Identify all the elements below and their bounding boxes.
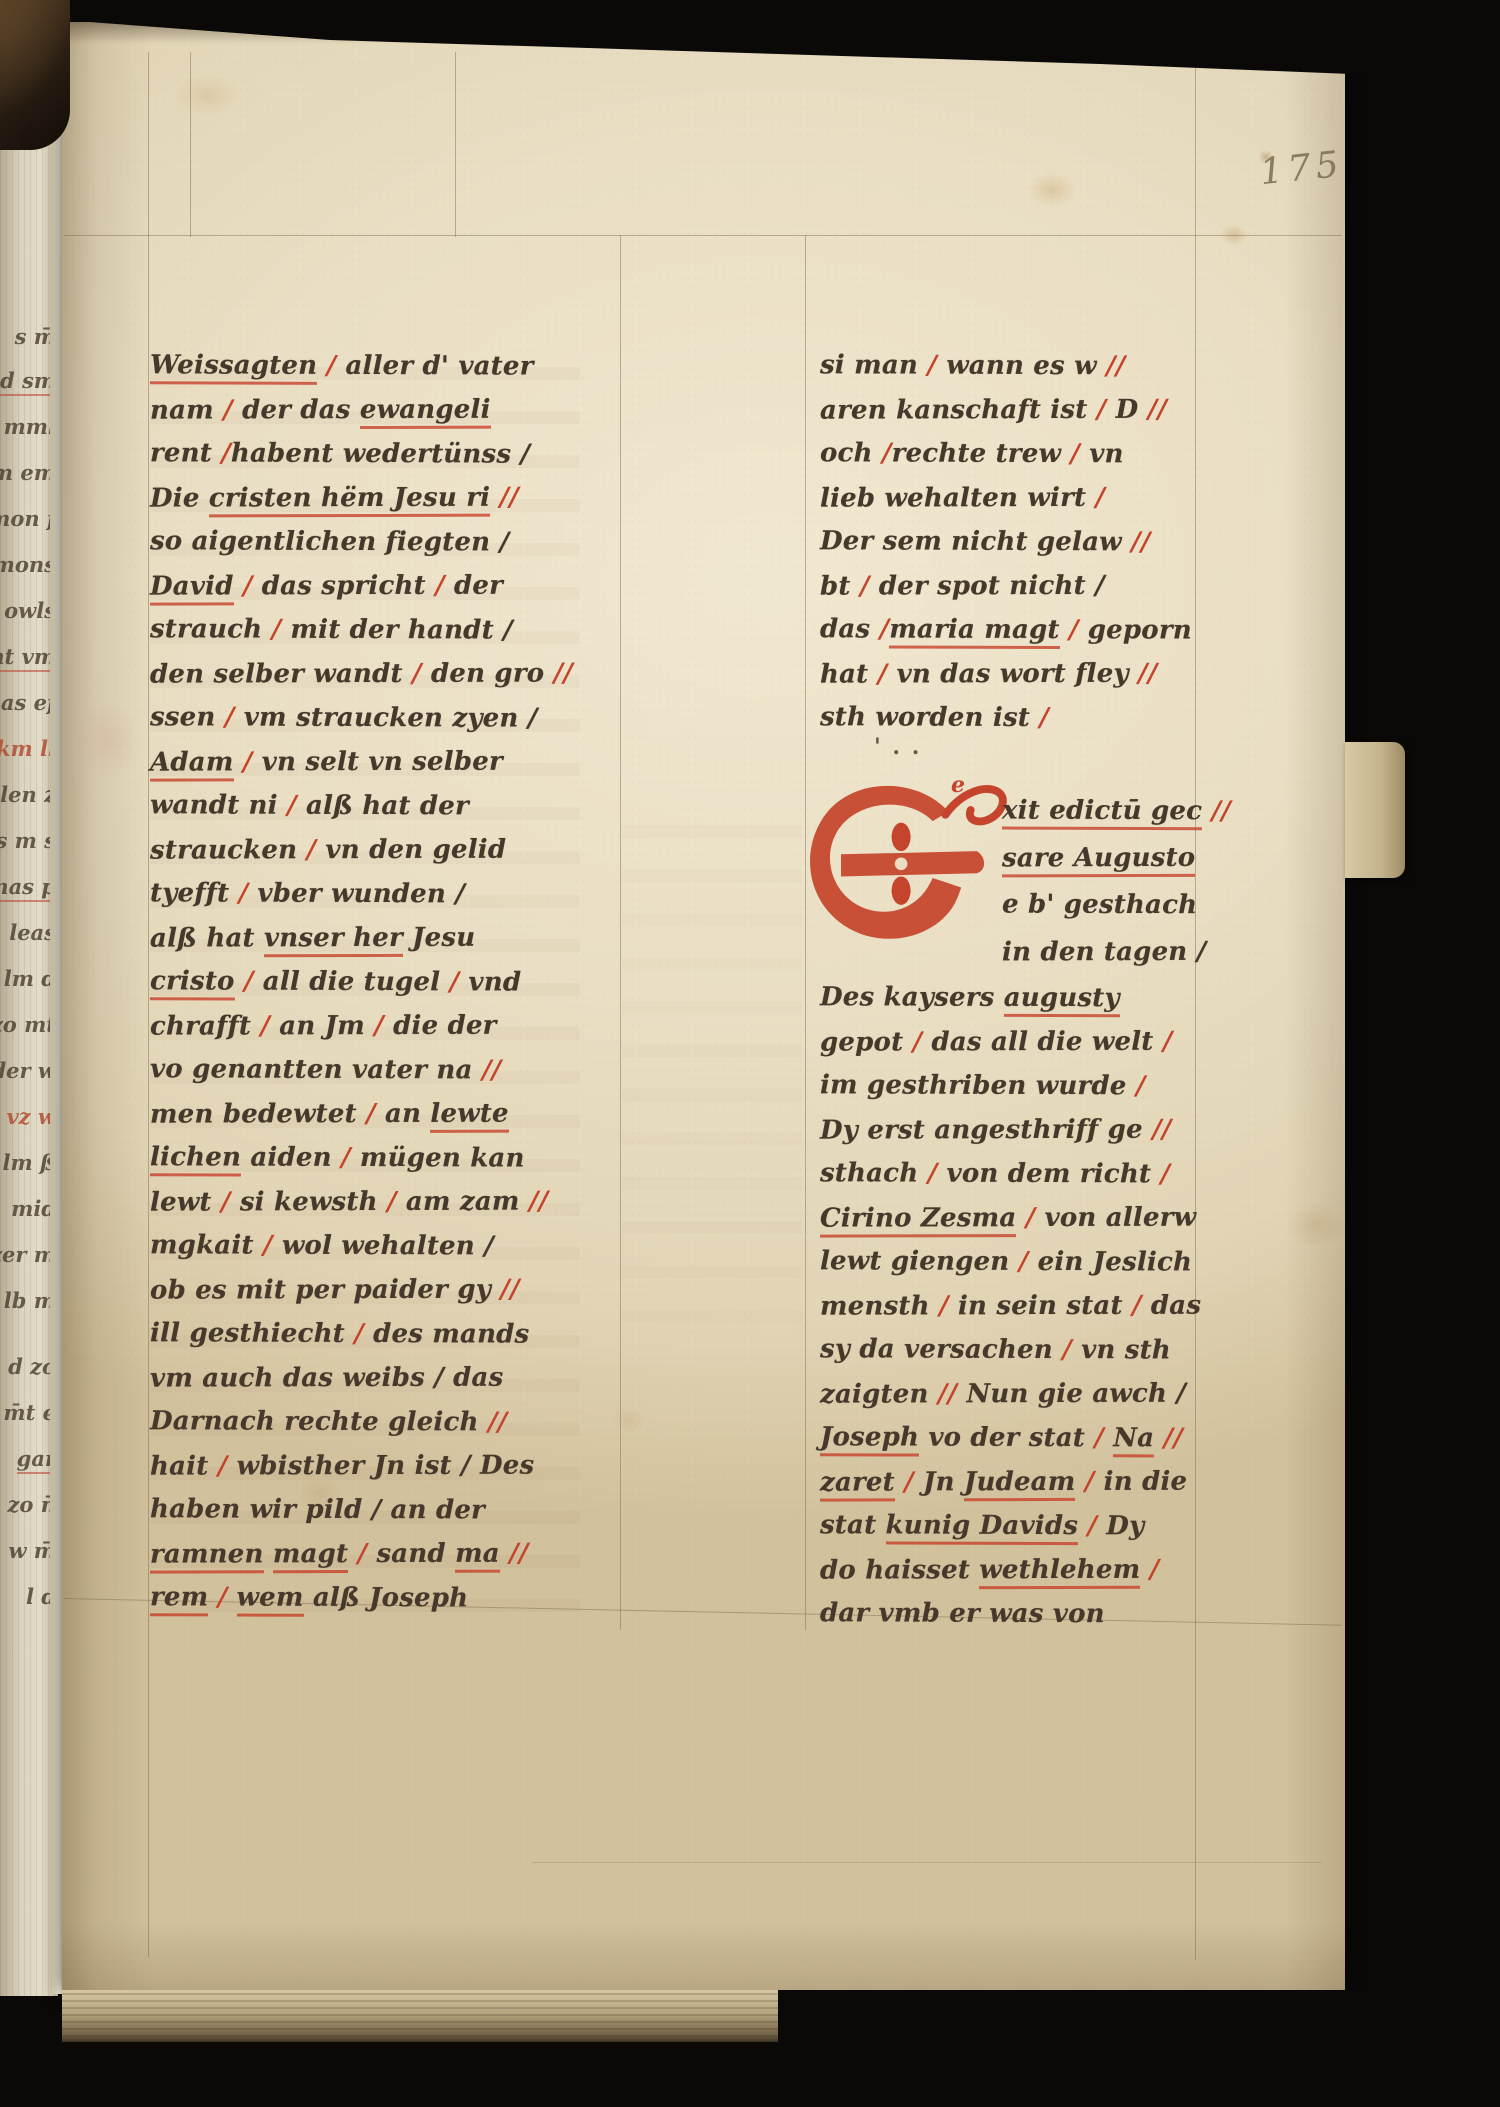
facing-page-text-fragment: m mas p (0, 874, 56, 902)
facing-page-text-fragment: zer m (0, 1242, 56, 1267)
manuscript-text-line: zaigten // Nun gie awch / (820, 1371, 1280, 1416)
manuscript-text-line: vo genantten vater na // (150, 1047, 590, 1093)
manuscript-text-line: das /maria magt / geporn (820, 607, 1270, 653)
folio-number: 175 (1258, 144, 1346, 194)
manuscript-text-line: rent /habent wedertünss / (150, 431, 590, 477)
manuscript-text-line: rem / wem alß Joseph (150, 1575, 590, 1621)
manuscript-text-line: si man / wann es w // (820, 343, 1270, 389)
initial-bar (841, 851, 984, 876)
facing-page-text-fragment: lm ß (3, 1150, 56, 1175)
manuscript-text-line: Cirino Zesma / von allerw (820, 1195, 1280, 1240)
manuscript-text-line: cristo / all die tugel / vnd (150, 959, 590, 1005)
manuscript-text-line: Die cristen hëm Jesu ri // (150, 475, 590, 520)
manuscript-text-line: stat kunig Davids / Dy (820, 1503, 1280, 1549)
facing-page-text-fragment: llen z (0, 782, 56, 807)
facing-page-text-fragment: p mml (0, 414, 56, 439)
manuscript-text-line: e b' gesthach (1002, 882, 1280, 930)
manuscript-text-line: Darnach rechte gleich // (150, 1399, 590, 1445)
facing-page-text-fragment: m̄t e (3, 1400, 56, 1425)
facing-page-text-fragment: mm em (0, 460, 56, 485)
manuscript-text-line: in den tagen / (1002, 929, 1280, 977)
initial-indented-lines: xit edictū gec //sare Augustoe b' gestha… (1002, 788, 1280, 976)
facing-page-text-fragment: d zo (8, 1354, 56, 1379)
manuscript-text-line: ill gesthiecht / des mands (150, 1311, 590, 1357)
bottom-page-edges (62, 1990, 778, 2044)
facing-page-text-fragment: lb m (4, 1288, 56, 1313)
left-column: Weissagten / aller d' vaternam / der das… (150, 344, 590, 1620)
manuscript-text-line: Des kaysers augusty (820, 975, 1280, 1021)
manuscript-text-line: haben wir pild / an der (150, 1487, 590, 1533)
facing-page-text-fragment: as ef (1, 690, 56, 715)
manuscript-text-line: bt / der spot nicht / (820, 563, 1270, 608)
facing-page-text-fragment: pmt vm (0, 644, 56, 672)
stain (174, 74, 240, 116)
facing-page-text-fragment: leas (9, 920, 56, 945)
manuscript-text-line: xit edictū gec // (1002, 788, 1280, 836)
manuscript-text-line: Joseph vo der stat / Na // (820, 1415, 1280, 1461)
facing-page-text-fragment: zo mt (0, 1012, 56, 1037)
bottom-page-edge-lines (62, 1990, 778, 2044)
manuscript-text-line: alß hat vnser her Jesu (150, 915, 590, 960)
ruling-line-horizontal (532, 1862, 1322, 1863)
manuscript-text-line: lewt giengen / ein Jeslich (820, 1239, 1280, 1285)
manuscript-text-line: chrafft / an Jm / die der (150, 1003, 590, 1048)
manuscript-text-line: sare Augusto (1002, 835, 1280, 883)
facing-page-text-fragment: zod sm (0, 368, 56, 396)
stain (612, 1407, 646, 1433)
facing-page-text-fragment: ali km ll (0, 736, 56, 761)
manuscript-text-line: vm auch das weibs / das (150, 1355, 590, 1400)
manuscript-text-line: hat / vn das wort fley // (820, 651, 1270, 696)
lombard-initial-E (806, 780, 1012, 976)
manuscript-text-line: lewt / si kewsth / am zam // (150, 1179, 590, 1224)
facing-page-text-fragment: as m s (0, 828, 56, 853)
manuscript-text-line: sy da versachen / vn sth (820, 1327, 1280, 1373)
manuscript-text-line: straucken / vn den gelid (150, 827, 590, 872)
manuscript-text-line: lieb wehalten wirt / (820, 475, 1270, 520)
manuscript-text-line: mensth / in sein stat / das (820, 1283, 1280, 1328)
manuscript-text-line: wandt ni / alß hat der (150, 783, 590, 829)
section-mark: ' . . (874, 734, 921, 760)
right-column-paragraph-1: si man / wann es w //aren kanschaft ist … (820, 344, 1270, 740)
facing-page-text-fragment: lm d (4, 966, 56, 991)
initial-ornament (892, 823, 911, 851)
facing-page-text-fragment: owls (4, 598, 56, 623)
facing-page-text-fragment: der w (0, 1058, 56, 1083)
manuscript-text-line: so aigentlichen fiegten / (150, 519, 590, 565)
manuscript-text-line: dar vmb er was von (820, 1591, 1280, 1637)
manuscript-text-line: sthach / von dem richt / (820, 1151, 1280, 1197)
ruling-line-vertical (455, 52, 456, 237)
stain (1027, 172, 1077, 208)
manuscript-text-line: strauch / mit der handt / (150, 607, 590, 653)
manuscript-text-line: men bedewtet / an lewte (150, 1091, 590, 1136)
manuscript-text-line: im gesthriben wurde / (820, 1063, 1280, 1109)
facing-page-text-fragment: mon f (0, 506, 56, 531)
manuscript-text-line: Der sem nicht gelaw // (820, 519, 1270, 565)
photo-black-bottom (0, 2042, 1500, 2107)
manuscript-text-line: ramnen magt / sand ma // (150, 1531, 590, 1576)
manuscript-text-line: och /rechte trew / vn (820, 431, 1270, 477)
stain (1287, 1202, 1345, 1248)
manuscript-text-line: den selber wandt / den gro // (150, 651, 590, 696)
book-binding-corner (0, 0, 70, 150)
facing-page-text-fragment: zo n̄ (7, 1492, 56, 1517)
ink-showthrough (622, 802, 802, 1322)
manuscript-text-line: nam / der das ewangeli (150, 387, 590, 432)
manuscript-text-line: tyefft / vber wunden / (150, 871, 590, 917)
facing-page-text-fragment: vz w (6, 1104, 56, 1129)
manuscript-text-line: do haisset wethlehem / (820, 1547, 1280, 1592)
manuscript-text-line: mgkait / wol wehalten / (150, 1223, 590, 1269)
ruling-line-horizontal (64, 235, 1342, 236)
manuscript-text-line: gepot / das all die welt / (820, 1019, 1280, 1064)
photograph-background: s m̄zod smp mmlmm emmon fmonsowlspmt vma… (0, 0, 1500, 2107)
manuscript-text-line: lichen aiden / mügen kan (150, 1135, 590, 1181)
manuscript-text-line: aren kanschaft ist / D // (820, 387, 1270, 432)
facing-page-text-fragment: mons (0, 552, 56, 577)
stain (1220, 224, 1248, 246)
manuscript-page: 175 Weissagten / aller d' vaternam / der… (62, 22, 1345, 1992)
facing-page-text-fragment: w m̄ (8, 1538, 56, 1563)
manuscript-text-line: hait / wbisther Jn ist / Des (150, 1443, 590, 1488)
manuscript-text-line: Dy erst angesthriff ge // (820, 1107, 1280, 1152)
ruling-line-vertical (148, 52, 149, 1957)
manuscript-text-line: ob es mit per paider gy // (150, 1267, 590, 1312)
manuscript-text-line: zaret / Jn Judeam / in die (820, 1459, 1280, 1504)
stain (76, 702, 142, 778)
right-paragraph-2-lines: Des kaysers augustygepot / das all die w… (820, 976, 1280, 1636)
right-column-paragraph-2: e xit edictū gec //sare Augustoe b' gest… (820, 788, 1280, 1636)
manuscript-text-line: Weissagten / aller d' vater (150, 343, 590, 389)
manuscript-text-line: Adam / vn selt vn selber (150, 739, 590, 784)
initial-ornament (892, 876, 911, 904)
initial-ornament (895, 857, 908, 870)
fore-edge-tab (1345, 742, 1405, 878)
manuscript-text-line: ssen / vm straucken zyen / (150, 695, 590, 741)
manuscript-text-line: David / das spricht / der (150, 563, 590, 608)
initial-guide-letter: e (951, 772, 965, 798)
